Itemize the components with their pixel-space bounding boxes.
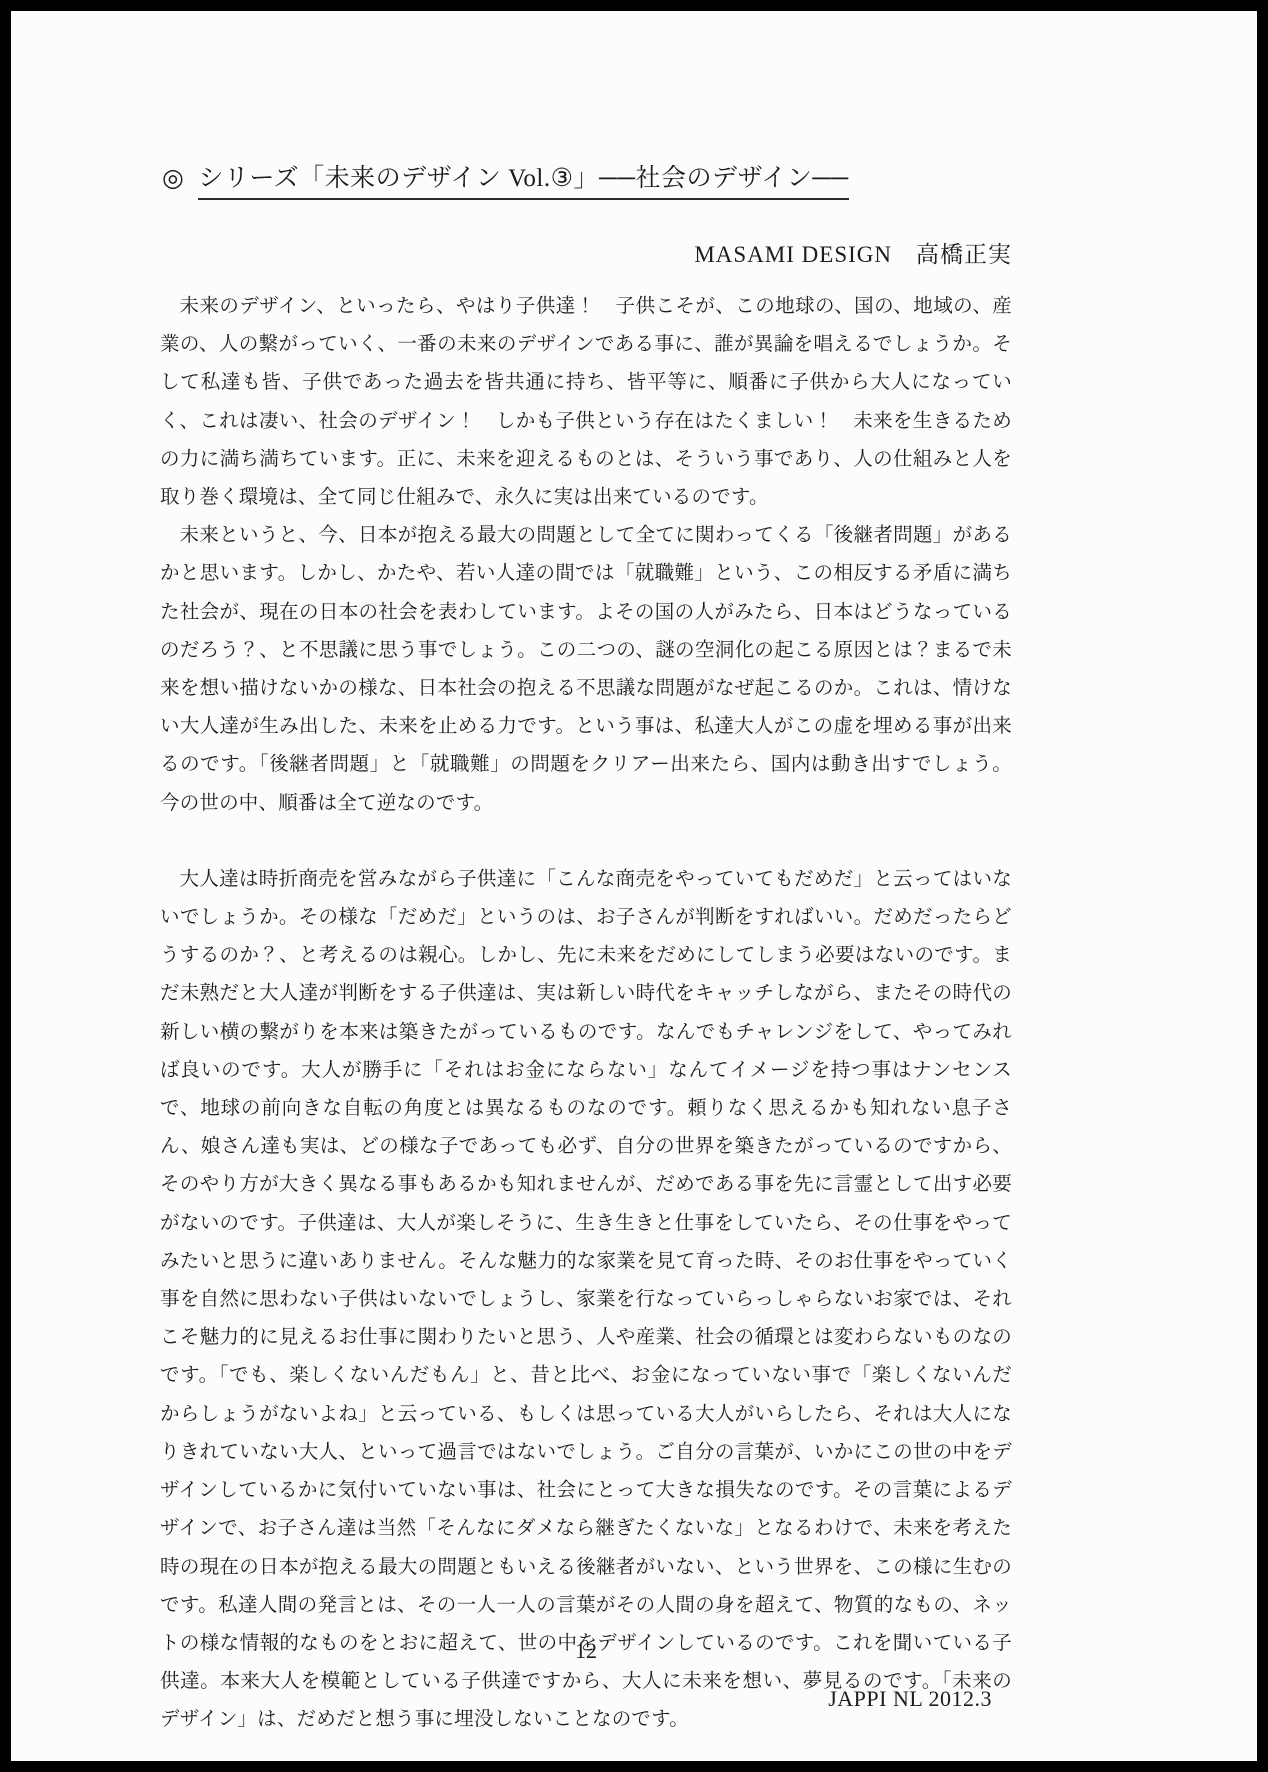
scanned-document-page: ◎シリーズ「未来のデザイン Vol.③」──社会のデザイン── MASAMI D…	[0, 0, 1268, 1772]
title-bullet-marker: ◎	[162, 163, 184, 193]
footer-journal-label: JAPPI NL 2012.3	[160, 1686, 992, 1712]
body-paragraph: 未来というと、今、日本が抱える最大の問題として全てに関わってくる「後継者問題」が…	[160, 517, 1012, 823]
body-paragraph: 未来のデザイン、といったら、やはり子供達！ 子供こそが、この地球の、国の、地域の…	[160, 288, 1012, 517]
article-body: 未来のデザイン、といったら、やはり子供達！ 子供こそが、この地球の、国の、地域の…	[160, 288, 1012, 1740]
body-paragraph: 大人達は時折商売を営みながら子供達に「こんな商売をやっていてもだめだ」と云っては…	[160, 861, 1012, 1740]
page-number: 12	[160, 1638, 1012, 1664]
article-title-text: シリーズ「未来のデザイン Vol.③」──社会のデザイン──	[198, 158, 848, 200]
article-title: ◎シリーズ「未来のデザイン Vol.③」──社会のデザイン──	[162, 158, 1014, 200]
author-byline: MASAMI DESIGN 高橋正実	[162, 236, 1012, 269]
